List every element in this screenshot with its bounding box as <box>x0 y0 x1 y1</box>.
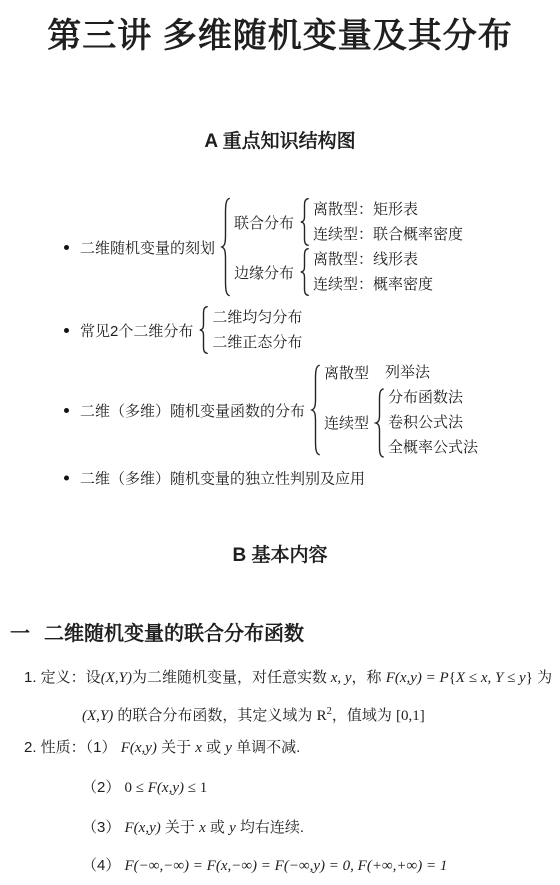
outline-leaf: 离散型：矩形表 <box>313 198 463 221</box>
page-title: 第三讲 多维随机变量及其分布 <box>0 8 560 57</box>
outline-item-common-distributions: 常见2个二维分布 二维均匀分布 二维正态分布 <box>64 306 302 354</box>
outline-leaf: 全概率公式法 <box>388 436 478 459</box>
bullet-icon <box>64 245 69 250</box>
outline-leaf: 分布函数法 <box>388 386 478 409</box>
outline-label: 联合分布 <box>234 212 294 233</box>
curly-brace-icon <box>310 364 321 456</box>
curly-brace-icon <box>299 248 310 296</box>
property-line-2: （2） 0 ≤ F(x,y) ≤ 1 <box>82 777 207 799</box>
document-page: 第三讲 多维随机变量及其分布 A 重点知识结构图 二维随机变量的刻划 联合分布 … <box>0 0 560 885</box>
bullet-icon <box>64 328 69 333</box>
outline-children: 离散型 列举法 连续型 分布函数法 卷积公式法 全概率公式法 <box>324 361 478 459</box>
section-a-heading: A 重点知识结构图 <box>0 126 560 153</box>
outline-label: 二维（多维）随机变量的独立性判别及应用 <box>80 468 365 489</box>
outline-subitem-marginal: 边缘分布 离散型：线形表 连续型：概率密度 <box>234 248 463 296</box>
outline-label: 二维随机变量的刻划 <box>80 237 215 258</box>
outline-label: 二维（多维）随机变量函数的分布 <box>80 400 305 421</box>
outline-subitem-continuous: 连续型 分布函数法 卷积公式法 全概率公式法 <box>324 386 478 459</box>
definition-line-1: 1. 定义：设(X,Y)为二维随机变量，对任意实数 x, y，称 F(x,y) … <box>24 667 552 689</box>
section-title: 二维随机变量的联合分布函数 <box>44 617 304 646</box>
property-line-3: （3） F(x,y) 关于 x 或 y 均右连续. <box>82 817 304 839</box>
bullet-icon <box>64 408 69 413</box>
section-number: 一 <box>10 617 30 646</box>
property-line-1: 2. 性质：（1） F(x,y) 关于 x 或 y 单调不减. <box>24 737 300 759</box>
outline-label: 边缘分布 <box>234 262 294 283</box>
outline-subitem-discrete: 离散型 列举法 <box>324 361 478 384</box>
outline-leaf: 离散型：线形表 <box>313 248 433 271</box>
outline-leaf: 列举法 <box>385 361 430 384</box>
curly-brace-icon <box>198 306 209 354</box>
curly-brace-icon <box>299 198 310 246</box>
curly-brace-icon <box>374 388 385 458</box>
property-line-4: （4） F(−∞,−∞) = F(x,−∞) = F(−∞,y) = 0, F(… <box>82 855 447 877</box>
outline-leaf: 二维正态分布 <box>212 331 302 354</box>
section-one-heading: 一 二维随机变量的联合分布函数 <box>10 617 304 646</box>
outline-label: 常见2个二维分布 <box>80 320 193 341</box>
section-b-heading: B 基本内容 <box>0 540 560 567</box>
outline-item-characterization: 二维随机变量的刻划 联合分布 离散型：矩形表 连续型：联合概率密度 边缘分布 <box>64 197 463 297</box>
outline-leaf: 二维均匀分布 <box>212 306 302 329</box>
definition-line-2: (X,Y) 的联合分布函数，其定义域为 R2，值域为 [0,1] <box>82 701 425 727</box>
outline-leaf: 卷积公式法 <box>388 411 478 434</box>
outline-children: 联合分布 离散型：矩形表 连续型：联合概率密度 边缘分布 离散型：线形表 连续型… <box>234 198 463 296</box>
outline-leaf: 连续型：概率密度 <box>313 273 433 296</box>
outline-label: 离散型 <box>324 362 369 383</box>
bullet-icon <box>64 476 69 481</box>
curly-brace-icon <box>220 197 231 297</box>
outline-subitem-joint: 联合分布 离散型：矩形表 连续型：联合概率密度 <box>234 198 463 246</box>
outline-label: 连续型 <box>324 412 369 433</box>
outline-item-function-distribution: 二维（多维）随机变量函数的分布 离散型 列举法 连续型 分布函数法 卷积公式法 … <box>64 361 478 459</box>
outline-item-independence: 二维（多维）随机变量的独立性判别及应用 <box>64 468 367 489</box>
outline-leaf: 连续型：联合概率密度 <box>313 223 463 246</box>
